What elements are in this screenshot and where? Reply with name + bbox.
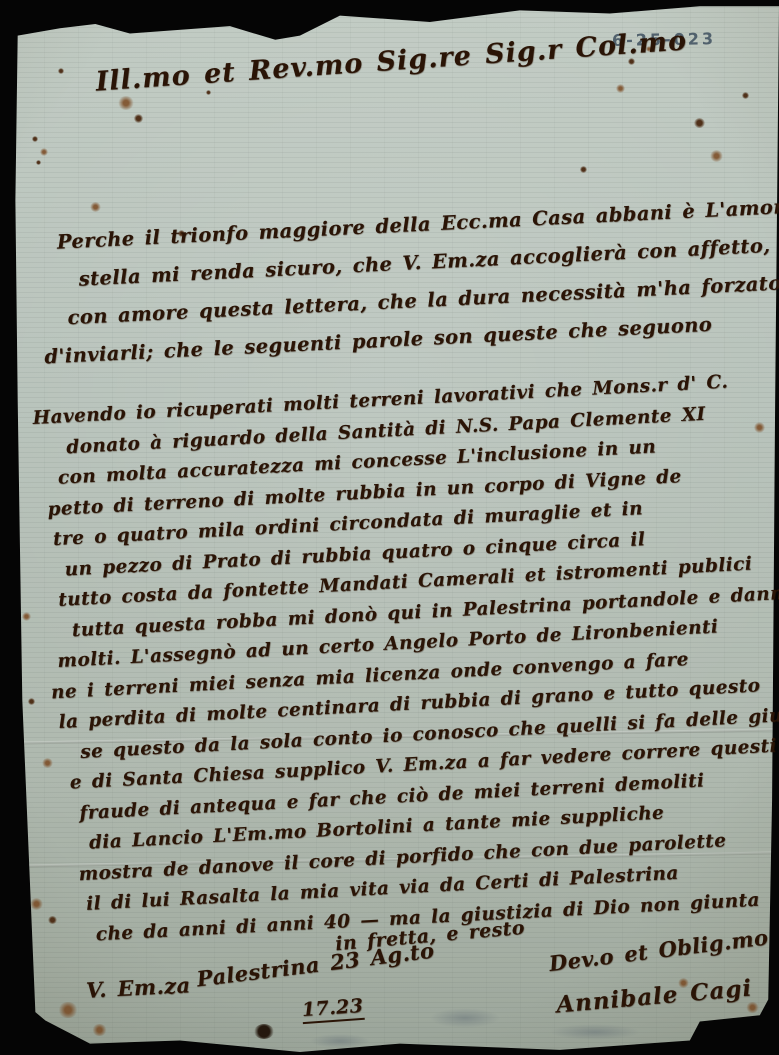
- year-underlined: 17.23: [301, 995, 364, 1024]
- letter-paragraph-2: Havendo io ricuperati molti terreni lavo…: [32, 364, 779, 952]
- manuscript-photo: 6-25-023 Ill.mo et Rev.mo Sig.re Sig.r C…: [0, 0, 779, 1055]
